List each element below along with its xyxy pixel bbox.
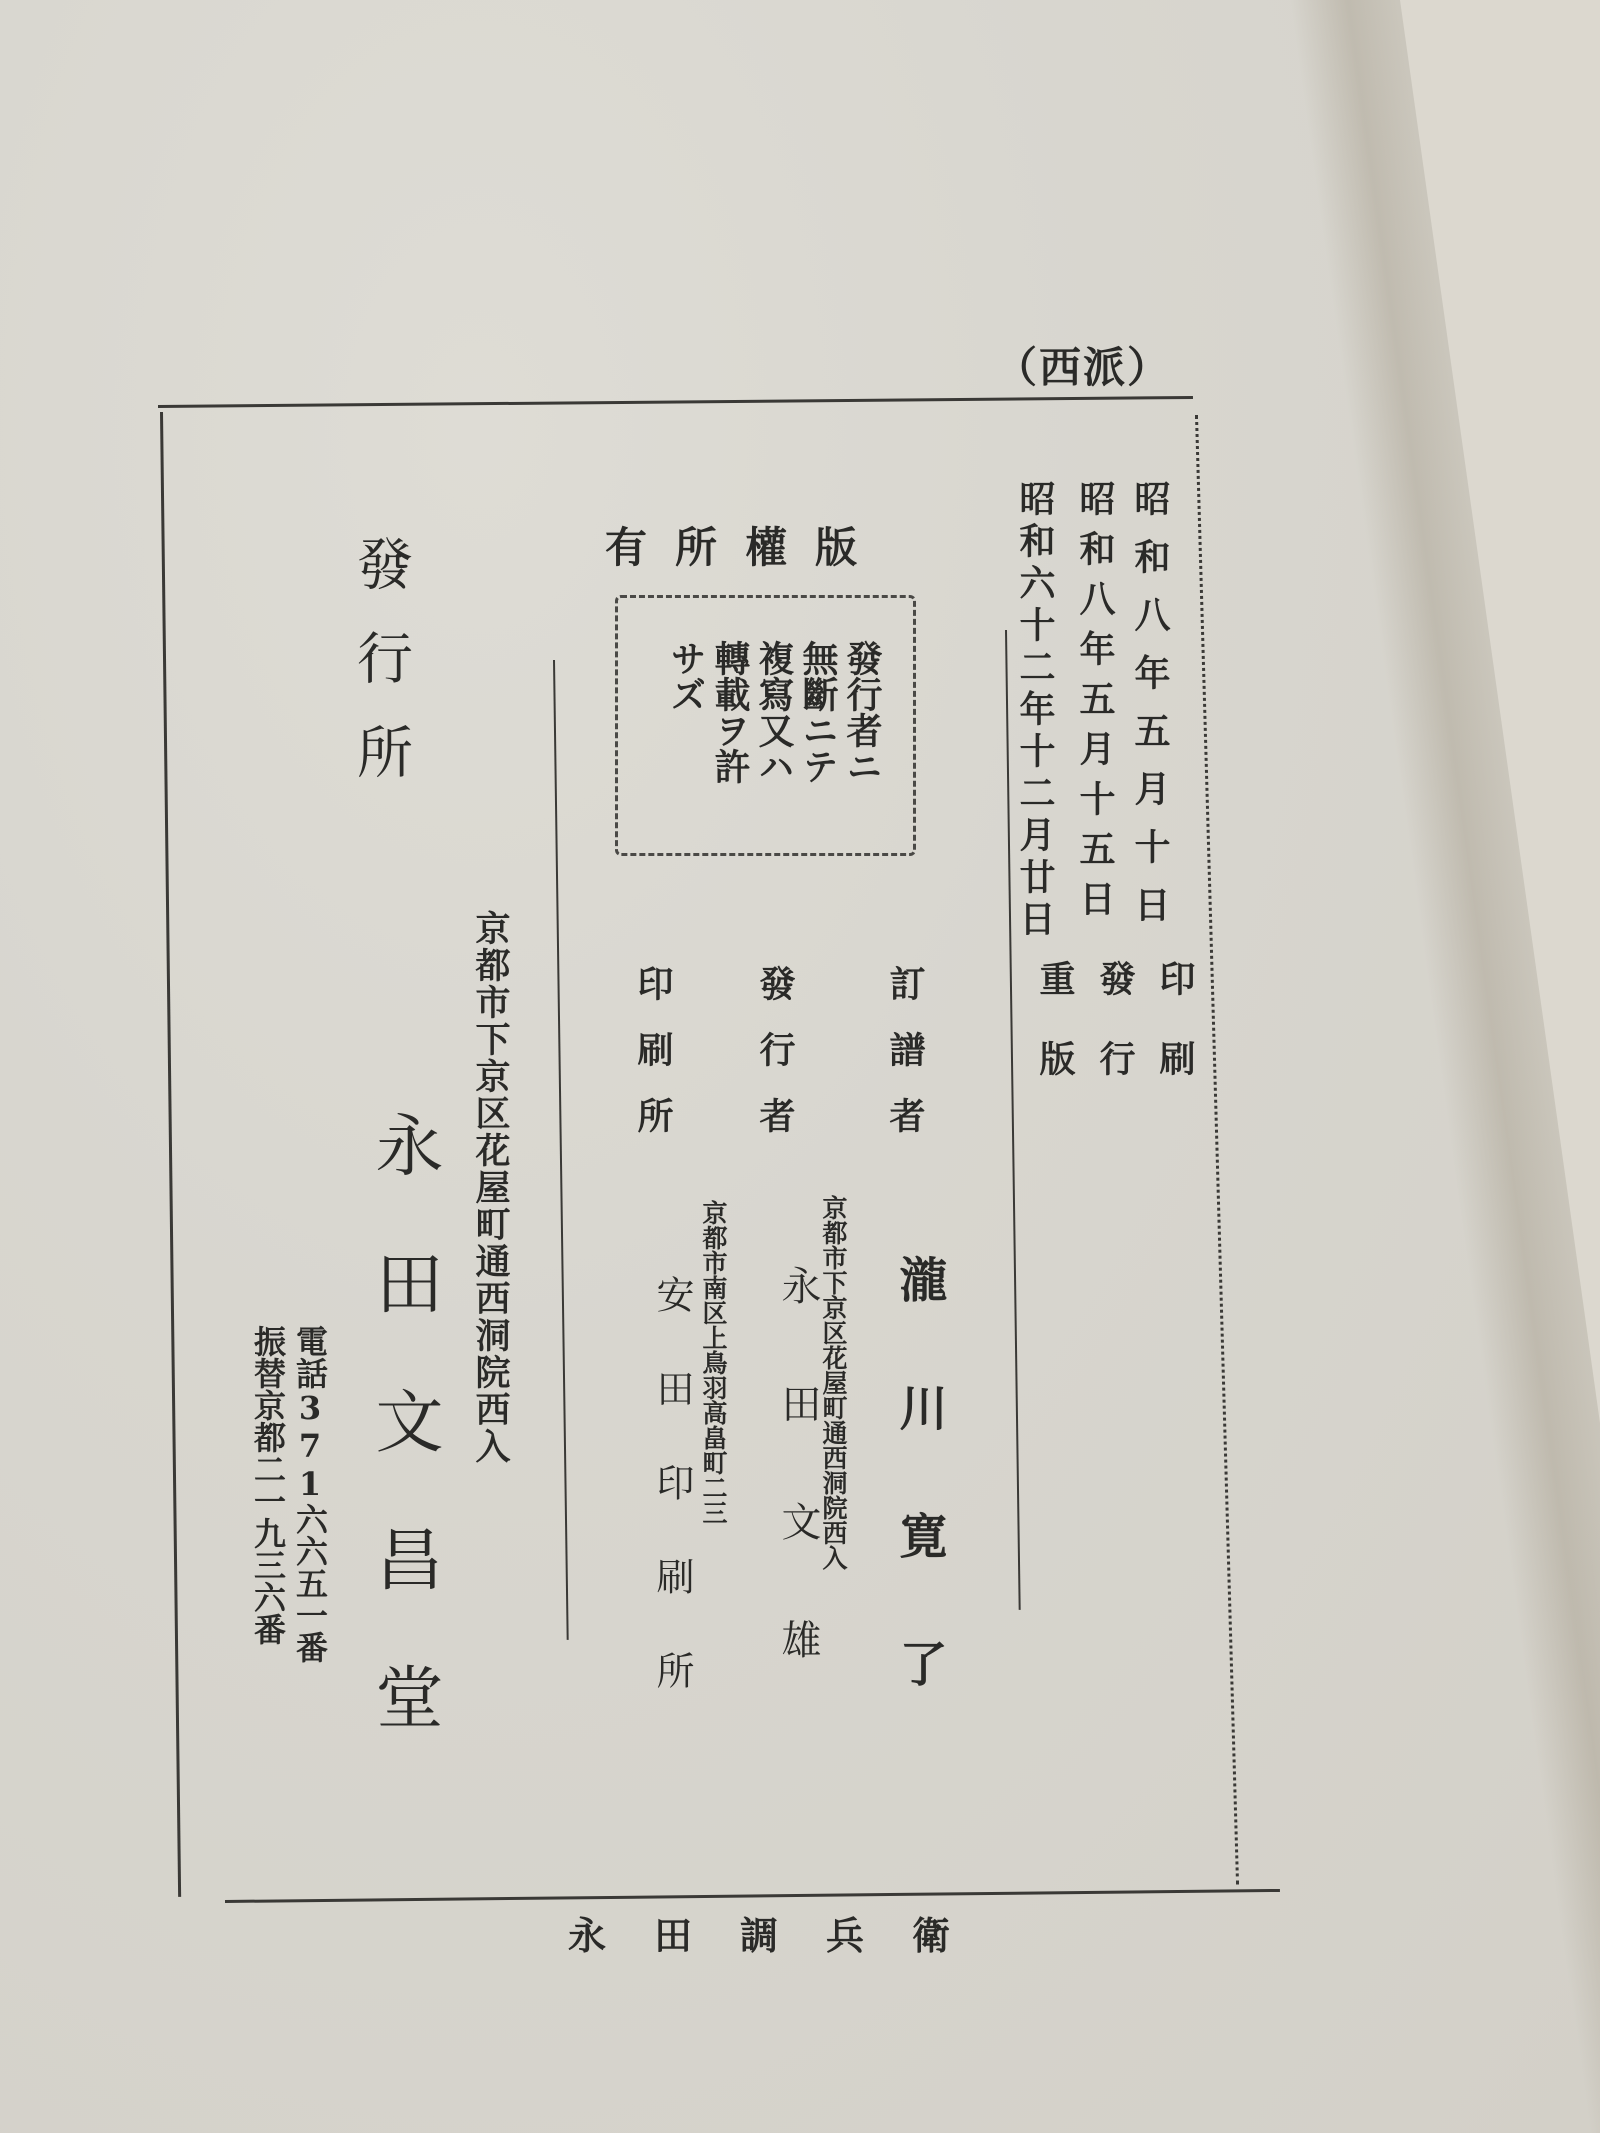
sect-label: （西派） <box>995 335 1171 395</box>
action-published: 發行 <box>1090 960 1141 1120</box>
action-printed: 印刷 <box>1150 960 1201 1120</box>
date-printed: 昭和八年五月十日 <box>1125 480 1176 944</box>
publisher-name: 永田文昌堂 <box>355 1110 452 1800</box>
phone-number: 371六六五一番 <box>291 1389 329 1663</box>
issuer-name: 永田文雄 <box>770 1265 827 1737</box>
role-printer: 印刷所 <box>628 965 679 1163</box>
copyright-notice-line-4: 轉載ヲ許 <box>708 640 752 784</box>
copyright-notice-line-5: サズ <box>664 640 708 712</box>
copyright-notice-line-2: 無斷ニテ <box>796 640 840 784</box>
copyright-notice-line-1: 發行者ニ <box>840 640 884 784</box>
role-issuer: 發行者 <box>750 965 801 1163</box>
copyright-notice-line-3: 複寫又ハ <box>752 640 796 784</box>
role-editor: 訂譜者 <box>880 965 931 1163</box>
phone-label: 電話371六六五一番 <box>290 1325 330 1663</box>
transfer-label: 振替京都二一九三六番 <box>248 1325 288 1645</box>
transfer-account: 京都二一九三六番 <box>249 1389 287 1645</box>
printer-name: 安田印刷所 <box>645 1275 700 1745</box>
date-published: 昭和八年五月十五日 <box>1070 480 1121 930</box>
rights-title: 版權所有 <box>605 515 885 575</box>
publisher-label: 發行所 <box>340 535 420 817</box>
footer-publisher-name: 永田調兵衛 <box>568 1905 998 1960</box>
publisher-address: 京都市下京区花屋町通西洞院西入 <box>465 910 515 1465</box>
action-reprint: 重版 <box>1030 960 1081 1120</box>
editor-name: 瀧川寛了 <box>885 1255 954 1767</box>
date-reprint: 昭和六十二年十二月廿日 <box>1010 480 1061 942</box>
printer-address: 京都市南区上鳥羽高畠町二三 <box>695 1200 731 1525</box>
